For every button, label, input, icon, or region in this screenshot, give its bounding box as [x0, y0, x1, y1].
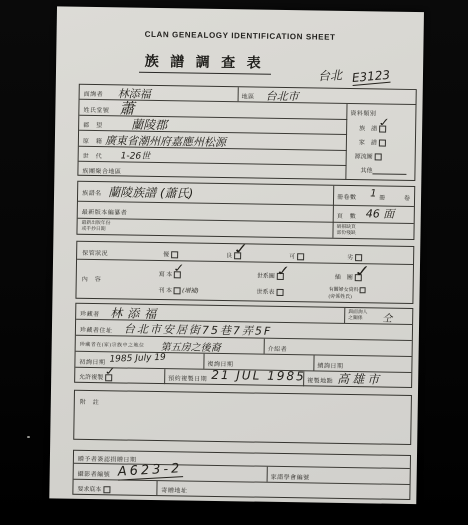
- divider: [164, 369, 165, 384]
- checkbox: [374, 154, 381, 161]
- check-mark: ✓: [103, 366, 117, 378]
- option-label: 寫 本: [159, 272, 173, 278]
- checkbox: [103, 486, 110, 493]
- option-lineage-table: 世系表: [257, 287, 284, 297]
- contents-label: 內 容: [82, 274, 102, 283]
- english-title: CLAN GENEALOGY IDENTIFICATION SHEET: [57, 28, 424, 43]
- row-reproduction: 允許複製 ✓ 預約複製日期 21 JUL 1985 複製地點 高雄市: [75, 368, 411, 388]
- checkbox: [171, 251, 178, 258]
- pubyear-label-line1: 最新出版年份: [82, 221, 111, 226]
- option-women-records: 有關婦女資料 (旁係姓氏): [328, 286, 365, 301]
- clan-area-label: 族團聚合地區: [82, 166, 121, 176]
- copy-date-value: 21 JUL 1985: [211, 368, 306, 383]
- paper-sheet: CLAN GENEALOGY IDENTIFICATION SHEET 族 譜 …: [49, 6, 424, 504]
- form-title-text: 族 譜 調 查 表: [138, 55, 270, 75]
- condition-label-line2: 部份殘缺: [336, 230, 355, 235]
- divider: [344, 308, 345, 323]
- checkbox: ✓: [105, 374, 112, 381]
- relation-label-line1: 與面詢人: [348, 310, 367, 315]
- relation-value: 仝: [382, 310, 392, 325]
- permit-copy-option: 允許複製 ✓: [79, 372, 112, 382]
- category-item-label: 源流圖: [355, 154, 373, 160]
- note-reference-number: E3123: [351, 68, 390, 86]
- scan-artifact-dot: [27, 436, 30, 438]
- option-printed: 刊 本 (增補): [159, 285, 199, 295]
- option-label: 劣: [347, 255, 353, 261]
- clan-position-label: 珍藏者在(家)宗族中之地位: [80, 341, 145, 349]
- category-title: 資料類別: [350, 108, 376, 117]
- pages-value: 46 面: [366, 205, 395, 221]
- option-suffix: (增補): [182, 287, 199, 294]
- checkbox: ✓: [276, 273, 283, 280]
- option-label: 可: [289, 254, 295, 260]
- first-inquiry-label: 初詢日期: [79, 357, 105, 366]
- option-label: 有關婦女資料: [329, 288, 359, 293]
- divider: [264, 339, 265, 354]
- divider: [156, 481, 157, 495]
- pubyear-label-line2: 或手抄日期: [81, 226, 105, 231]
- note-city: 台北: [318, 66, 343, 84]
- row-clan-area: 族團聚合地區: [78, 162, 346, 180]
- generation-label: 世 代: [83, 151, 103, 160]
- category-item-label: 其他: [360, 168, 372, 174]
- checkbox: [378, 140, 385, 147]
- category-item-family-record: 家 譜: [359, 137, 386, 147]
- option-lineage-chart: 世系圖 ✓: [257, 271, 284, 281]
- divider: [238, 87, 239, 101]
- photographer-number-label: 攝影者編號: [78, 469, 111, 479]
- option-fair: 可: [289, 251, 304, 260]
- interviewee-label: 面詢者: [84, 89, 104, 98]
- checkbox: [174, 287, 181, 294]
- divider: [203, 354, 204, 369]
- option-label: 良: [226, 253, 232, 259]
- check-mark: ✓: [275, 265, 291, 277]
- category-item-other: 其他: [360, 165, 406, 175]
- option-manuscript: 寫 本 ✓: [159, 269, 181, 278]
- check-mark: ✓: [232, 244, 250, 256]
- form-title: 族 譜 調 查 表: [56, 49, 353, 74]
- handwritten-region-note: 台北 E3123: [318, 67, 390, 86]
- checkbox: [276, 289, 283, 296]
- genealogy-name-value: 蘭陵族譜 (蕭氏): [108, 183, 193, 201]
- notes-label: 附 註: [80, 397, 100, 406]
- section-condition-contents: 保管狀況 優 良 ✓ 可 劣 內 容: [75, 241, 414, 304]
- relation-label: 與面詢人 之關係: [348, 310, 367, 321]
- copy-place-label: 複製地點: [307, 375, 333, 384]
- area-value: 台北市: [266, 88, 299, 105]
- checkbox: [355, 254, 362, 261]
- first-inquiry-value: 1985 July 19: [109, 353, 166, 365]
- checkbox: ✓: [379, 126, 386, 133]
- volumes-value: 1: [370, 188, 377, 199]
- blank-line: [372, 167, 406, 175]
- row-contents: 內 容 寫 本 ✓ 刊 本 (增補) 世系圖 ✓ 世系表: [76, 260, 413, 304]
- copy-place-value: 高雄市: [337, 370, 382, 388]
- section-identification: 面詢者 林添福 地區 台北市 姓氏堂號 蕭 郡 望 蘭陵郡 原 籍 廣東省潮州府…: [77, 84, 416, 181]
- relation-label-line2: 之關係: [348, 316, 362, 321]
- category-item-lineage-chart: 源流圖: [355, 151, 382, 161]
- keep-condition-label: 保管狀況: [82, 248, 108, 257]
- second-inquiry-label: 複詢日期: [207, 359, 233, 368]
- volumes-label: 冊卷數: [337, 192, 357, 201]
- option-illustrations: 插 圖 ✓: [335, 272, 362, 282]
- permit-copy-label: 允許複製: [79, 375, 103, 381]
- introducer-label: 介紹者: [268, 344, 288, 353]
- keeper-address-label: 珍藏者住址: [80, 325, 113, 335]
- checkbox: ✓: [354, 274, 361, 281]
- condition-label: 破損缺頁 部份殘缺: [336, 225, 355, 236]
- checkbox: ✓: [174, 271, 181, 278]
- photographer-number-value: A623-2: [117, 461, 182, 480]
- generation-value: 1-26世: [121, 148, 151, 161]
- section-notes: 附 註: [73, 390, 412, 445]
- option-label: 插 圖: [335, 275, 353, 281]
- option-label: 世系表: [257, 290, 275, 296]
- volumes-unit-juan: 卷: [404, 193, 411, 202]
- scan-background: CLAN GENEALOGY IDENTIFICATION SHEET 族 譜 …: [0, 0, 468, 525]
- origin-label: 原 籍: [83, 136, 103, 145]
- checkbox: [297, 253, 304, 260]
- category-item-genealogy: 族 譜 ✓: [359, 123, 386, 133]
- mailing-address-label: 寄贈地址: [161, 485, 187, 494]
- category-item-label: 族 譜: [359, 126, 377, 132]
- check-mark: ✓: [353, 266, 372, 279]
- check-mark: ✓: [377, 118, 391, 130]
- request-original-option: 要求底本: [77, 484, 110, 494]
- request-original-label: 要求底本: [77, 487, 101, 493]
- compiler-label: 最新版本編纂者: [82, 207, 128, 217]
- option-label: 世系圖: [257, 274, 275, 280]
- surname-hall-label: 姓氏堂號: [83, 105, 109, 114]
- divider: [313, 355, 314, 370]
- option-poor: 劣: [347, 252, 362, 261]
- donor-label: 贈予者簽認捐贈日期: [78, 454, 137, 464]
- check-mark: ✓: [172, 264, 186, 276]
- volumes-unit-ce: 冊: [379, 192, 386, 201]
- keeper-label: 珍藏者: [80, 309, 100, 318]
- pages-label: 頁 數: [337, 211, 357, 220]
- divider: [267, 467, 268, 482]
- society-number-label: 家譜學會編號: [271, 472, 310, 482]
- option-label: 刊 本: [159, 288, 173, 294]
- option-good: 良 ✓: [226, 250, 241, 259]
- category-panel: 資料類別 族 譜 ✓ 家 譜 源流圖 其他: [346, 104, 417, 182]
- junwang-value: 蘭陵郡: [131, 116, 167, 134]
- area-label: 地區: [242, 91, 255, 100]
- category-item-label: 家 譜: [359, 140, 377, 146]
- third-inquiry-label: 續詢日期: [317, 361, 343, 370]
- section-admin: 贈予者簽認捐贈日期 攝影者編號 A623-2 家譜學會編號 要求底本 寄贈地址: [72, 450, 411, 500]
- checkbox: [360, 287, 366, 293]
- copy-date-label: 預約複製日期: [168, 373, 207, 383]
- junwang-label: 郡 望: [83, 120, 103, 129]
- genealogy-name-label: 族譜名: [82, 188, 102, 197]
- option-excellent: 優: [163, 249, 178, 258]
- clan-position-value: 第五房之後裔: [161, 338, 221, 354]
- option-suffix: (旁係姓氏): [328, 295, 351, 300]
- checkbox: ✓: [234, 252, 241, 259]
- section-keeper: 珍藏者 林添福 與面詢人 之關係 仝 珍藏者住址 台北市安居街75巷7弄5F 珍…: [74, 303, 413, 388]
- pubyear-label: 最新出版年份 或手抄日期: [81, 221, 110, 233]
- section-volume-info: 族譜名 蘭陵族譜 (蕭氏) 冊卷數 1 冊 卷 最新版本編纂者 頁 數 46 面…: [76, 181, 415, 240]
- divider: [303, 371, 304, 386]
- condition-label-line1: 破損缺頁: [337, 225, 356, 230]
- option-label: 優: [163, 252, 169, 258]
